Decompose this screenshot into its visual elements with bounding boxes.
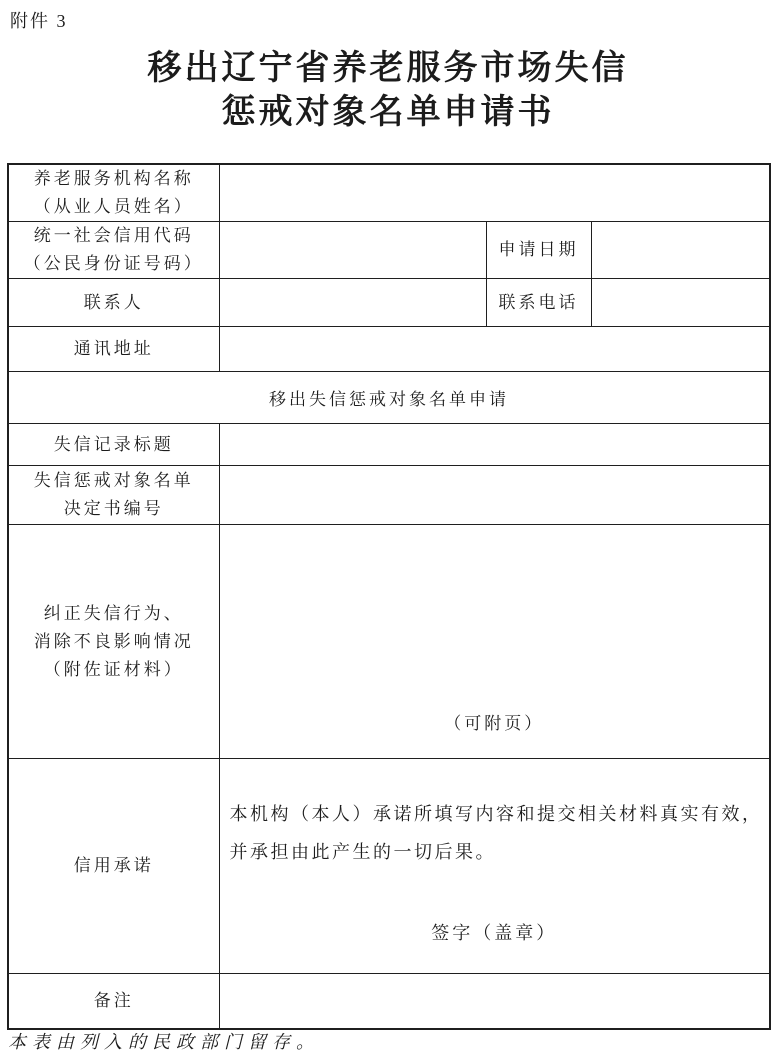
remarks-value-cell	[219, 974, 770, 1029]
commitment-statement-line2: 并承担由此产生的一切后果。	[230, 833, 767, 871]
correction-label: 纠正失信行为、 消除不良影响情况 （附佐证材料）	[8, 525, 219, 759]
commitment-label: 信用承诺	[8, 759, 219, 974]
address-label: 通讯地址	[8, 327, 219, 372]
correction-label-line1: 纠正失信行为、	[9, 600, 219, 628]
correction-value-cell: （可附页）	[219, 525, 770, 759]
credit-code-label-line1: 统一社会信用代码	[9, 222, 219, 250]
signature-seal-label: 签字（盖章）	[220, 919, 770, 945]
document-title-line1: 移出辽宁省养老服务市场失信	[0, 47, 776, 91]
row-credit-code: 统一社会信用代码 （公民身份证号码） 申请日期	[8, 222, 770, 279]
form-document-page: { "page": { "attachment_label": "附件 3", …	[0, 0, 776, 1060]
credit-code-label-line2: （公民身份证号码）	[9, 250, 219, 278]
contact-person-value-cell	[219, 279, 486, 327]
org-name-label: 养老服务机构名称 （从业人员姓名）	[8, 164, 219, 222]
attachment-number-label: 附件 3	[10, 7, 68, 33]
org-name-label-line2: （从业人员姓名）	[9, 193, 219, 221]
commitment-value-cell: 本机构（本人）承诺所填写内容和提交相关材料真实有效， 并承担由此产生的一切后果。…	[219, 759, 770, 974]
apply-date-label: 申请日期	[486, 222, 591, 279]
retention-footer-note: 本表由列入的民政部门留存。	[8, 1028, 320, 1054]
row-address: 通讯地址	[8, 327, 770, 372]
decision-number-label-line2: 决定书编号	[9, 495, 219, 523]
contact-phone-label: 联系电话	[486, 279, 591, 327]
credit-code-label: 统一社会信用代码 （公民身份证号码）	[8, 222, 219, 279]
attachable-pages-note: （可附页）	[220, 709, 770, 734]
record-title-label: 失信记录标题	[8, 424, 219, 466]
decision-number-label: 失信惩戒对象名单 决定书编号	[8, 466, 219, 525]
row-decision-number: 失信惩戒对象名单 决定书编号	[8, 466, 770, 525]
row-contact: 联系人 联系电话	[8, 279, 770, 327]
section-header: 移出失信惩戒对象名单申请	[8, 372, 770, 424]
decision-number-label-line1: 失信惩戒对象名单	[9, 467, 219, 495]
commitment-statement: 本机构（本人）承诺所填写内容和提交相关材料真实有效， 并承担由此产生的一切后果。	[230, 795, 767, 871]
correction-label-line3: （附佐证材料）	[9, 656, 219, 684]
apply-date-value-cell	[591, 222, 770, 279]
application-form-table: 养老服务机构名称 （从业人员姓名） 统一社会信用代码 （公民身份证号码） 申请日…	[7, 163, 771, 1030]
document-title-line2: 惩戒对象名单申请书	[0, 91, 776, 135]
row-record-title: 失信记录标题	[8, 424, 770, 466]
document-title: 移出辽宁省养老服务市场失信 惩戒对象名单申请书	[0, 47, 776, 135]
contact-phone-value-cell	[591, 279, 770, 327]
address-value-cell	[219, 327, 770, 372]
record-title-value-cell	[219, 424, 770, 466]
remarks-label: 备注	[8, 974, 219, 1029]
row-org-name: 养老服务机构名称 （从业人员姓名）	[8, 164, 770, 222]
row-correction: 纠正失信行为、 消除不良影响情况 （附佐证材料） （可附页）	[8, 525, 770, 759]
row-remarks: 备注	[8, 974, 770, 1029]
org-name-value-cell	[219, 164, 770, 222]
commitment-statement-line1: 本机构（本人）承诺所填写内容和提交相关材料真实有效，	[230, 795, 767, 833]
correction-label-line2: 消除不良影响情况	[9, 628, 219, 656]
row-commitment: 信用承诺 本机构（本人）承诺所填写内容和提交相关材料真实有效， 并承担由此产生的…	[8, 759, 770, 974]
row-section-header: 移出失信惩戒对象名单申请	[8, 372, 770, 424]
org-name-label-line1: 养老服务机构名称	[9, 165, 219, 193]
contact-person-label: 联系人	[8, 279, 219, 327]
credit-code-value-cell	[219, 222, 486, 279]
decision-number-value-cell	[219, 466, 770, 525]
